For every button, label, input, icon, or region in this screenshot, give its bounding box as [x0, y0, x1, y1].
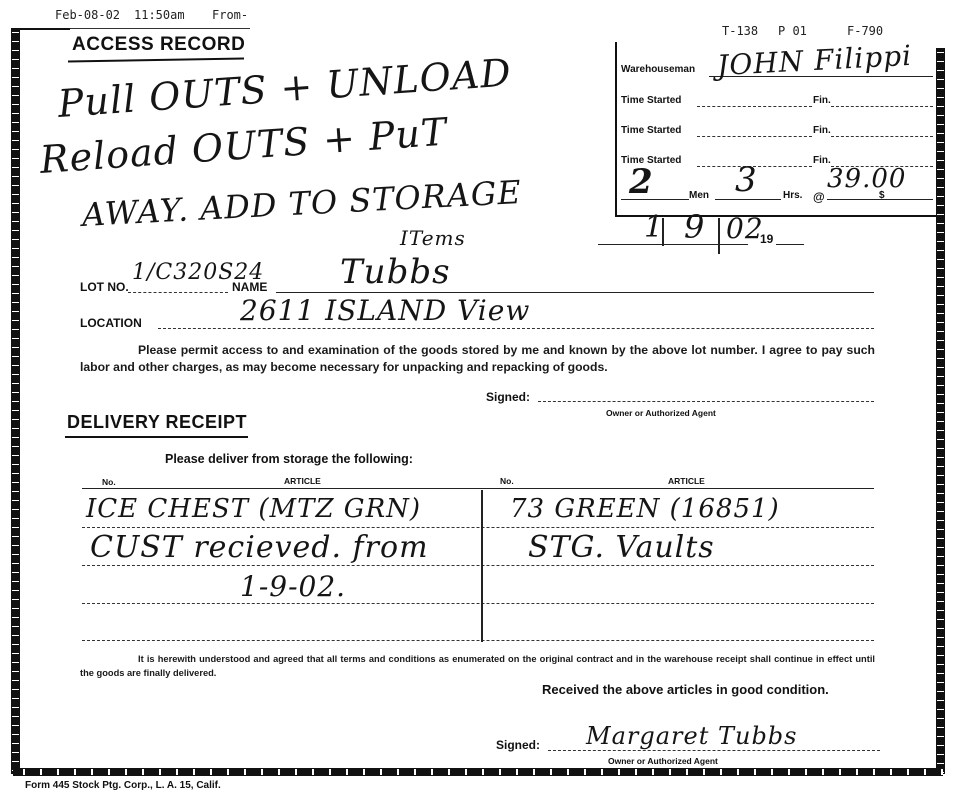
form-border-bottom [13, 768, 943, 776]
table-row-line-3 [82, 603, 874, 604]
time-started-label-2: Time Started [621, 125, 681, 136]
delivery-receipt-title: DELIVERY RECEIPT [67, 412, 247, 433]
delivery-signed-value[interactable]: Margaret Tubbs [586, 722, 797, 750]
fin-label-2: Fin. [813, 125, 831, 136]
men-line [621, 199, 689, 200]
form-border-left [11, 28, 20, 774]
fax-code-1: T-138 [722, 24, 758, 38]
permission-text: Please permit access to and examination … [80, 342, 875, 376]
rate-prefix: @ [813, 190, 825, 204]
delivery-signed-label: Signed: [496, 738, 540, 752]
fin-label-1: Fin. [813, 95, 831, 106]
access-signed-field[interactable] [538, 401, 874, 402]
date-century-label: 19 [760, 232, 773, 246]
row-3-left[interactable]: 1-9-02. [240, 570, 346, 603]
time-started-field-1[interactable] [697, 106, 812, 107]
fax-code-2: F-790 [847, 24, 883, 38]
lot-no-label: LOT NO. [80, 280, 129, 294]
handwritten-instruction-4: ITems [400, 226, 466, 250]
lot-no-line [128, 292, 228, 293]
table-row-line-1 [82, 527, 874, 528]
access-owner-label: Owner or Authorized Agent [606, 408, 716, 418]
fax-from: From- [212, 8, 248, 22]
form-border-top-corner [18, 28, 70, 30]
name-label: NAME [232, 280, 267, 294]
hrs-label: Hrs. [783, 190, 802, 201]
warehouseman-label: Warehouseman [621, 64, 695, 75]
col-right-no-label: No. [500, 476, 514, 486]
delivery-receipt-underline [65, 436, 248, 438]
hrs-value[interactable]: 3 [735, 160, 758, 200]
fin-field-2[interactable] [831, 136, 933, 137]
row-2-right[interactable]: STG. Vaults [528, 530, 715, 565]
location-value[interactable]: 2611 ISLAND View [240, 294, 530, 327]
row-1-left[interactable]: ICE CHEST (MTZ GRN) [86, 494, 421, 524]
col-left-article-label: ARTICLE [284, 476, 321, 486]
row-1-right[interactable]: 73 GREEN (16851) [510, 494, 780, 524]
access-signed-label: Signed: [486, 390, 530, 404]
delivery-signed-line [548, 750, 880, 751]
rate-suffix: $ [879, 190, 885, 201]
table-header-line [82, 488, 874, 489]
date-month[interactable]: 1 [644, 210, 664, 245]
delivery-instruction: Please deliver from storage the followin… [165, 452, 413, 466]
access-record-underline [68, 57, 244, 62]
name-line [276, 292, 874, 293]
rate-value[interactable]: 39.00 [827, 164, 906, 194]
fax-date: Feb-08-02 [55, 8, 120, 22]
location-label: LOCATION [80, 316, 142, 330]
received-text: Received the above articles in good cond… [542, 682, 829, 697]
access-record-title: ACCESS RECORD [72, 34, 245, 56]
delivery-owner-label: Owner or Authorized Agent [608, 756, 718, 766]
date-century-line [776, 244, 804, 245]
location-line [158, 328, 874, 329]
warehouse-box: Warehouseman JOHN Filippi Time Started F… [615, 42, 940, 217]
handwritten-instruction-3: AWAY. ADD TO STORAGE [81, 173, 523, 234]
date-year[interactable]: 02 [726, 212, 764, 245]
table-center-divider [481, 490, 483, 642]
col-left-no-label: No. [102, 477, 116, 487]
fax-page: P 01 [778, 24, 807, 38]
fin-field-1[interactable] [831, 106, 933, 107]
time-started-field-2[interactable] [697, 136, 812, 137]
terms-text: It is herewith understood and agreed tha… [80, 652, 875, 680]
table-row-line-2 [82, 565, 874, 566]
col-right-article-label: ARTICLE [668, 476, 705, 486]
form-footer-text: Form 445 Stock Ptg. Corp., L. A. 15, Cal… [25, 780, 221, 791]
table-row-line-4 [82, 640, 874, 641]
men-label: Men [689, 190, 709, 201]
fax-time: 11:50am [134, 8, 185, 22]
name-value[interactable]: Tubbs [340, 252, 451, 292]
hrs-line [715, 199, 781, 200]
date-divider-2 [718, 218, 720, 254]
time-started-label-1: Time Started [621, 95, 681, 106]
row-2-left[interactable]: CUST recieved. from [90, 530, 429, 565]
date-day[interactable]: 9 [684, 208, 705, 246]
men-value[interactable]: 2 [629, 162, 654, 202]
